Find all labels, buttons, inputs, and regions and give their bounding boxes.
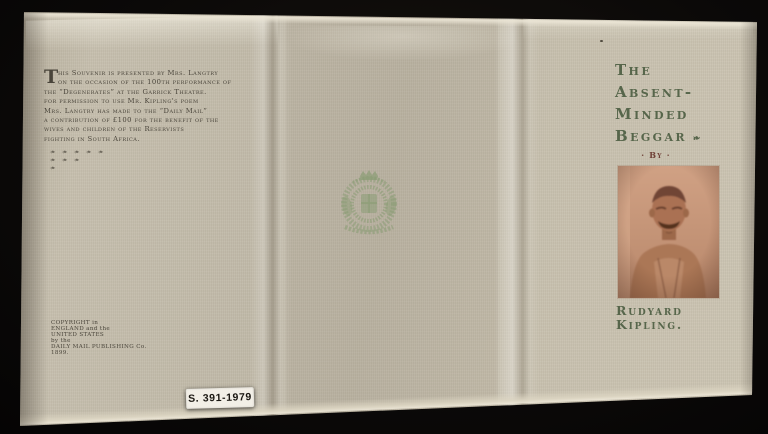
kipling-portrait-photo [618,166,719,298]
copyright-block: COPYRIGHT in ENGLAND and the UNITED STAT… [51,321,147,356]
museum-label-text: S. 391-1979 [188,391,252,405]
title-text: Minded [615,105,689,123]
fold-crease-left [250,0,292,434]
fold-crease-right [494,0,540,434]
author-line: Kipling. [616,318,683,332]
presentation-line: Mrs. Langtry has made to the “Daily Mail… [44,107,240,116]
museum-label: S. 391-1979 [186,387,255,409]
page-edge-highlight-bottom [18,383,754,425]
title-line: Absent- [615,81,700,103]
page-edge-highlight-top [22,13,758,30]
fleuron-ornament-icon: ❧ [85,147,92,156]
presentation-line: fighting in South Africa. [44,135,240,144]
byline: · By · [616,150,696,160]
printer-ornament-icon: ❧ [691,127,703,150]
copyright-line: 1899. [51,351,147,357]
cover-title: The Absent- Minded Beggar❧ [615,59,700,150]
title-text: The [615,61,652,79]
royal-coat-of-arms-icon [333,164,405,240]
cover-edge-shadow-right [740,0,758,434]
fleuron-ornament-icon: ❧ [49,163,56,172]
presentation-text-block: T his Souvenir is presented by Mrs. Lang… [44,69,240,144]
title-line: The [615,59,700,81]
presentation-line: a contribution of £100 for the benefit o… [44,116,240,125]
presentation-line: the “Degenerates” at the Garrick Theatre… [44,88,240,97]
photograph-background: T his Souvenir is presented by Mrs. Lang… [0,0,768,434]
presentation-line: his Souvenir is presented by Mrs. Langtr… [44,69,240,78]
presentation-line: for permission to use Mr. Kipling's poem [44,97,240,106]
paper-sheen [290,26,516,60]
fleuron-ornament-icon: ❧ [61,155,68,164]
title-text: Absent- [615,83,694,101]
fleuron-rows: ❧❧❧❧❧❧❧❧❧ [50,145,110,169]
presentation-line: on the occasion of the 100th performance… [44,78,240,87]
drop-cap: T [44,69,58,86]
author-line: Rudyard [616,304,683,318]
title-line: Beggar❧ [615,125,700,150]
presentation-line: wives and children of the Reservists [44,125,240,134]
ink-speck [600,40,603,42]
title-line: Minded [615,103,700,125]
fleuron-ornament-icon: ❧ [73,155,80,164]
book-cover-spread: T his Souvenir is presented by Mrs. Lang… [0,0,768,434]
fleuron-ornament-icon: ❧ [97,147,104,156]
title-text: Beggar [615,127,687,145]
paper-sheen [26,15,279,50]
paper-sheen [523,16,753,40]
author-name: Rudyard Kipling. [616,304,683,332]
